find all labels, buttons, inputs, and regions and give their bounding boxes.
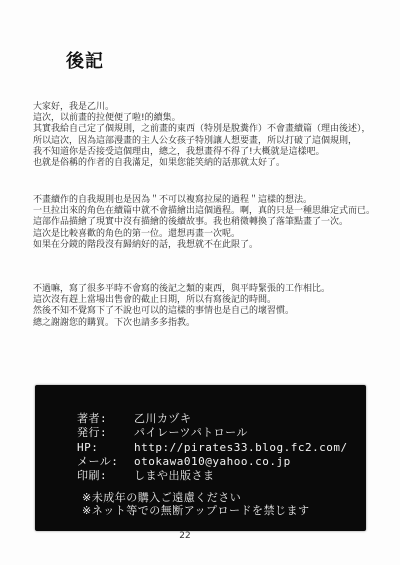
credit-row-homepage: HP: http://pirates33.blog.fc2.com/ — [77, 441, 348, 455]
credit-label: 印刷: — [77, 469, 134, 483]
credit-value: しまや出版さま — [134, 469, 215, 483]
text-line: 這次，以前畫的拉便便了啦!的續集。 — [33, 113, 382, 124]
text-line: 所以這次，因為這部漫畫的主人公女孩子特別讓人想要畫，所以打破了這個規則， — [33, 136, 382, 147]
credit-row-publisher: 発行: パイレーツパトロール — [77, 426, 348, 440]
text-line: 不畫續作的自我規則也是因為＂不可以複寫拉屎的過程＂這樣的想法。 — [33, 195, 382, 206]
credit-value-url: http://pirates33.blog.fc2.com/ — [134, 441, 348, 455]
afterword-page: 後記 大家好，我是乙川。 這次，以前畫的拉便便了啦!的續集。 其實我給自己定了個… — [0, 0, 400, 565]
credits-list: 著者: 乙川カヅキ 発行: パイレーツパトロール HP: http://pira… — [77, 412, 348, 483]
afterword-paragraph-2: 不畫續作的自我規則也是因為＂不可以複寫拉屎的過程＂這樣的想法。 一旦拉出來的角色… — [33, 195, 382, 251]
afterword-paragraph-3: 不過嘛，寫了很多平時不會寫的後記之類的東西，與平時緊張的工作相比。 這次沒有趕上… — [33, 284, 382, 329]
text-line: 這部作品描繪了現實中沒有描繪的後續故事。我也稍微轉換了落筆點畫了一次。 — [33, 217, 382, 228]
credits-panel: 著者: 乙川カヅキ 発行: パイレーツパトロール HP: http://pira… — [35, 385, 366, 531]
credit-row-author: 著者: 乙川カヅキ — [77, 412, 348, 426]
text-line: 我不知道你是否接受這個理由，總之，我想畫得不得了!大概就是這樣吧。 — [33, 147, 382, 158]
text-line: 然後不知不覺寫下了不說也可以的這樣的事情也是自己的壞習慣。 — [33, 306, 382, 317]
credit-value: パイレーツパトロール — [134, 426, 248, 440]
text-line: 也就是俗稱的作者的自我滿足，如果您能笑納的話那就太好了。 — [33, 158, 382, 169]
credit-label: 著者: — [77, 412, 134, 426]
text-line: 大家好，我是乙川。 — [33, 102, 382, 113]
text-line: 一旦拉出來的角色在續篇中就不會描繪出這個過程。啊，真的只是一種思維定式而已。 — [33, 206, 382, 217]
text-line: 這次沒有趕上當場出售會的截止日期，所以有寫後記的時間。 — [33, 295, 382, 306]
credit-label: HP: — [77, 441, 134, 455]
text-line: 這次是比較喜歡的角色的第一位。還想再畫一次呢。 — [33, 229, 382, 240]
credit-row-printer: 印刷: しまや出版さま — [77, 469, 348, 483]
page-number: 22 — [160, 531, 210, 541]
credit-label: 発行: — [77, 426, 134, 440]
text-line: 不過嘛，寫了很多平時不會寫的後記之類的東西，與平時緊張的工作相比。 — [33, 284, 382, 295]
page-title: 後記 — [66, 47, 104, 73]
notice-list: ※未成年の購入ご遠慮ください ※ネット等での無断アップロードを禁じます — [82, 491, 309, 517]
afterword-paragraph-1: 大家好，我是乙川。 這次，以前畫的拉便便了啦!的續集。 其實我給自己定了個規則，… — [33, 102, 382, 169]
text-line: 總之謝謝您的購買。下次也請多多指教。 — [33, 318, 382, 329]
credit-label: メール: — [77, 455, 134, 469]
credit-value: 乙川カヅキ — [134, 412, 192, 426]
credit-value-email: otokawa010@yahoo.co.jp — [134, 455, 291, 469]
notice-line-upload: ※ネット等での無断アップロードを禁じます — [82, 504, 309, 517]
credit-row-email: メール: otokawa010@yahoo.co.jp — [77, 455, 348, 469]
text-line: 其實我給自己定了個規則，之前畫的東西（特別是脫糞作）不會畫續篇（理由後述）， — [33, 124, 382, 135]
notice-line-minors: ※未成年の購入ご遠慮ください — [82, 491, 309, 504]
text-line: 如果在分鏡的階段沒有歸納好的話，我想就不在此限了。 — [33, 240, 382, 251]
